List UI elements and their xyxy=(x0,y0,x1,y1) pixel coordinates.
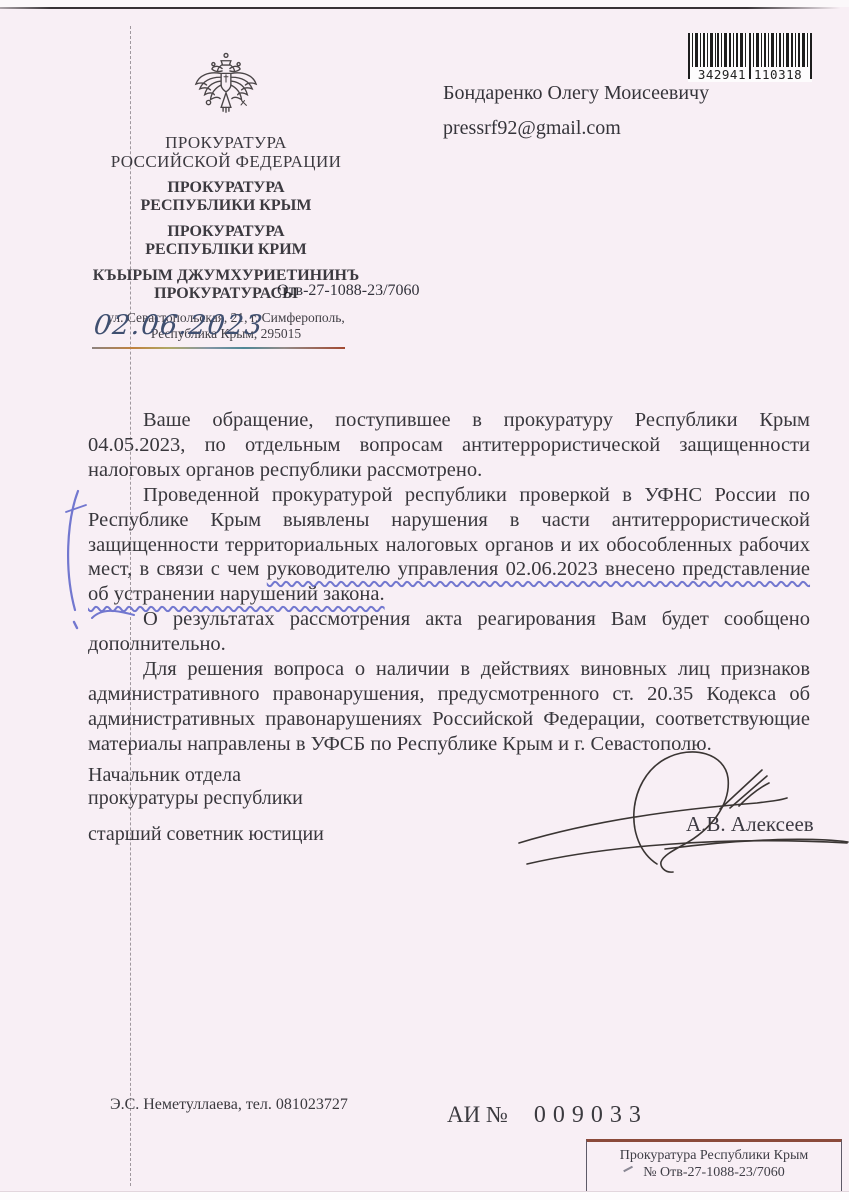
stamp-reference: № Отв-27-1088-23/7060 xyxy=(587,1164,841,1181)
form-serial-prefix: АИ № xyxy=(447,1102,508,1127)
coat-of-arms-eagle-icon xyxy=(190,52,262,120)
org-federal: ПРОКУРАТУРА РОССИЙСКОЙ ФЕДЕРАЦИИ xyxy=(78,133,374,171)
org-ukrainian-line2: РЕСПУБЛІКИ КРИМ xyxy=(78,241,374,259)
outgoing-reference-number: Отв-27-1088-23/7060 xyxy=(277,282,420,300)
paragraph-3: О результатах рассмотрения акта реагиров… xyxy=(88,607,810,657)
paragraph-2: Проведенной прокуратурой республики пров… xyxy=(88,483,810,608)
signer-rank: старший советник юстиции xyxy=(88,823,324,846)
executor-info: Э.С. Неметуллаева, тел. 081023727 xyxy=(110,1096,348,1114)
signer-position-line1: Начальник отдела xyxy=(88,764,324,787)
stamp-org-name: Прокуратура Республики Крым xyxy=(587,1147,841,1164)
signer-name: А.В. Алексеев xyxy=(686,812,814,837)
recipient-name: Бондаренко Олегу Моисеевичу xyxy=(443,82,709,105)
handwritten-date: 02.06.2023 xyxy=(92,310,265,341)
scan-bottom-strip xyxy=(0,1191,849,1200)
paragraph-1: Ваше обращение, поступившее в прокуратур… xyxy=(88,408,810,483)
letter-body: Ваше обращение, поступившее в прокуратур… xyxy=(88,408,810,757)
margin-pen-hook-icon xyxy=(90,606,136,622)
barcode-number: 342941 110318 xyxy=(688,67,812,82)
org-federal-line1: ПРОКУРАТУРА xyxy=(78,133,374,152)
postal-barcode-icon: 342941 110318 xyxy=(688,33,812,82)
signer-position-line2: прокуратуры республики xyxy=(88,787,324,810)
org-ukrainian-line1: ПРОКУРАТУРА xyxy=(78,223,374,241)
form-serial-number: 009033 xyxy=(534,1102,648,1128)
scan-top-edge-line xyxy=(0,7,849,9)
recipient-email: pressrf92@gmail.com xyxy=(443,117,621,140)
pen-underlined-text-1: руководителю управления 02.06.2023 внесе… xyxy=(267,558,810,580)
date-underline xyxy=(92,347,345,349)
org-ukrainian: ПРОКУРАТУРА РЕСПУБЛІКИ КРИМ xyxy=(78,223,374,259)
handwritten-signature-icon xyxy=(515,746,849,874)
org-russian: ПРОКУРАТУРА РЕСПУБЛИКИ КРЫМ xyxy=(78,179,374,215)
scanned-letter-page: 342941 110318 Бондаренко Олегу Моисеевич… xyxy=(0,0,849,1200)
paragraph-4: Для решения вопроса о наличии в действия… xyxy=(88,657,810,757)
form-serial: АИ №009033 xyxy=(447,1102,648,1129)
signer-block: Начальник отдела прокуратуры республики … xyxy=(88,764,324,846)
org-russian-line1: ПРОКУРАТУРА xyxy=(78,179,374,197)
scan-top-strip xyxy=(0,0,849,7)
registration-stamp-box: Прокуратура Республики Крым № Отв-27-108… xyxy=(586,1139,842,1194)
org-federal-line2: РОССИЙСКОЙ ФЕДЕРАЦИИ xyxy=(78,152,374,171)
pen-underlined-text-2: об устранении нарушений закона. xyxy=(88,583,385,605)
org-russian-line2: РЕСПУБЛИКИ КРЫМ xyxy=(78,197,374,215)
